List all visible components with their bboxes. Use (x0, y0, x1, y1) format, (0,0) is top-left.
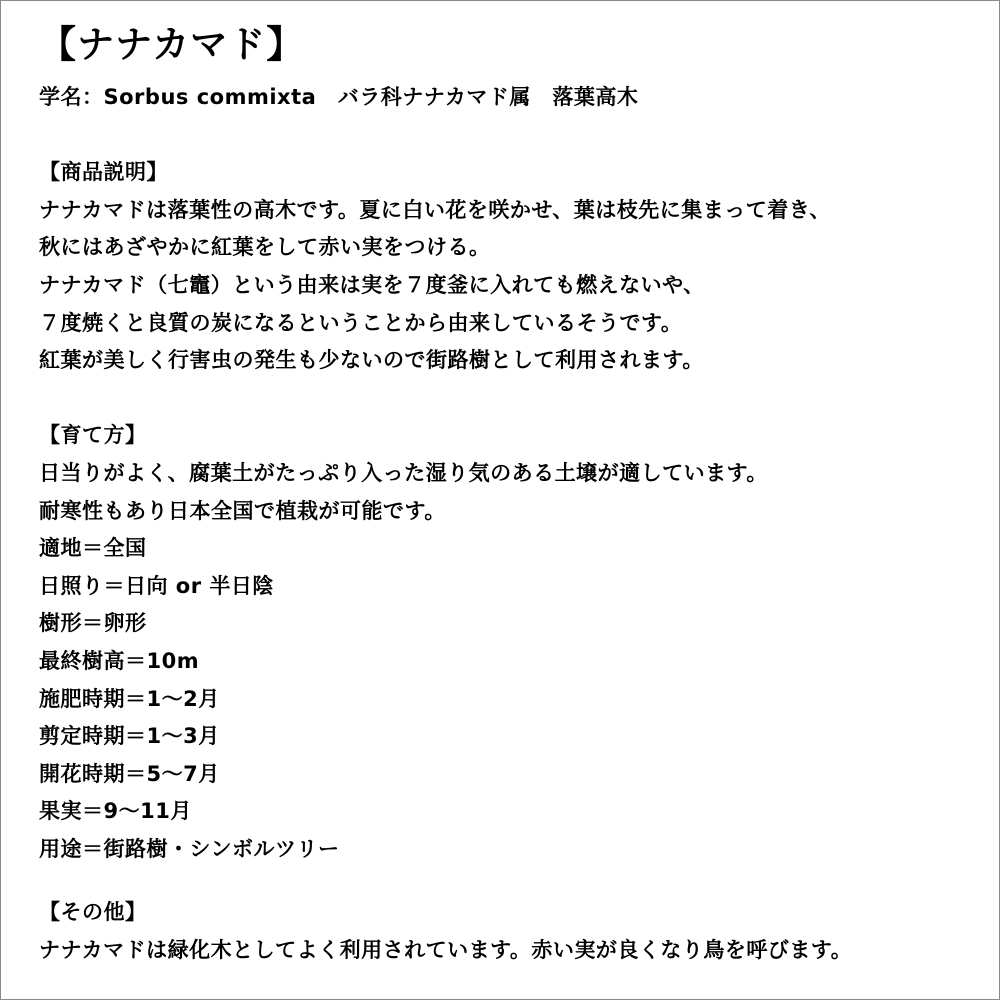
page-title: 【ナナカマド】 (39, 21, 961, 69)
document-body: 学名：Sorbus commixta バラ科ナナカマド属 落葉高木 【商品説明】… (39, 79, 961, 969)
other-line: ナナカマドは緑化木としてよく利用されています。赤い実が良くなり鳥を呼びます。 (39, 932, 961, 970)
description-line-3: ナナカマド（七竈）という由来は実を７度釜に入れても燃えないや、 (39, 267, 961, 305)
section-heading-care: 【育て方】 (39, 417, 961, 455)
description-line-4: ７度焼くと良質の炭になるということから由来しているそうです。 (39, 305, 961, 343)
spec-sunlight: 日照り＝日向 or 半日陰 (39, 568, 961, 606)
scientific-name-line: 学名：Sorbus commixta バラ科ナナカマド属 落葉高木 (39, 79, 961, 117)
description-line-5: 紅葉が美しく行害虫の発生も少ないので街路樹として利用されます。 (39, 342, 961, 380)
spec-tree-shape: 樹形＝卵形 (39, 605, 961, 643)
section-heading-description: 【商品説明】 (39, 154, 961, 192)
care-line-2: 耐寒性もあり日本全国で植栽が可能です。 (39, 493, 961, 531)
care-line-1: 日当りがよく、腐葉土がたっぷり入った湿り気のある土壌が適しています。 (39, 455, 961, 493)
spec-max-height: 最終樹高＝10m (39, 643, 961, 681)
section-heading-other: 【その他】 (39, 894, 961, 932)
description-line-1: ナナカマドは落葉性の高木です。夏に白い花を咲かせ、葉は枝先に集まって着き、 (39, 192, 961, 230)
spacer (39, 380, 961, 418)
description-line-2: 秋にはあざやかに紅葉をして赤い実をつける。 (39, 229, 961, 267)
spec-fruit-period: 果実＝9～11月 (39, 793, 961, 831)
spec-pruning-period: 剪定時期＝1～3月 (39, 718, 961, 756)
spec-suitable-area: 適地＝全国 (39, 530, 961, 568)
spec-flowering-period: 開花時期＝5～7月 (39, 756, 961, 794)
product-description-page: 【ナナカマド】 学名：Sorbus commixta バラ科ナナカマド属 落葉高… (0, 0, 1000, 1000)
spacer (39, 117, 961, 155)
spec-fertilizing-period: 施肥時期＝1～2月 (39, 681, 961, 719)
spec-usage: 用途＝街路樹・シンボルツリー (39, 831, 961, 869)
